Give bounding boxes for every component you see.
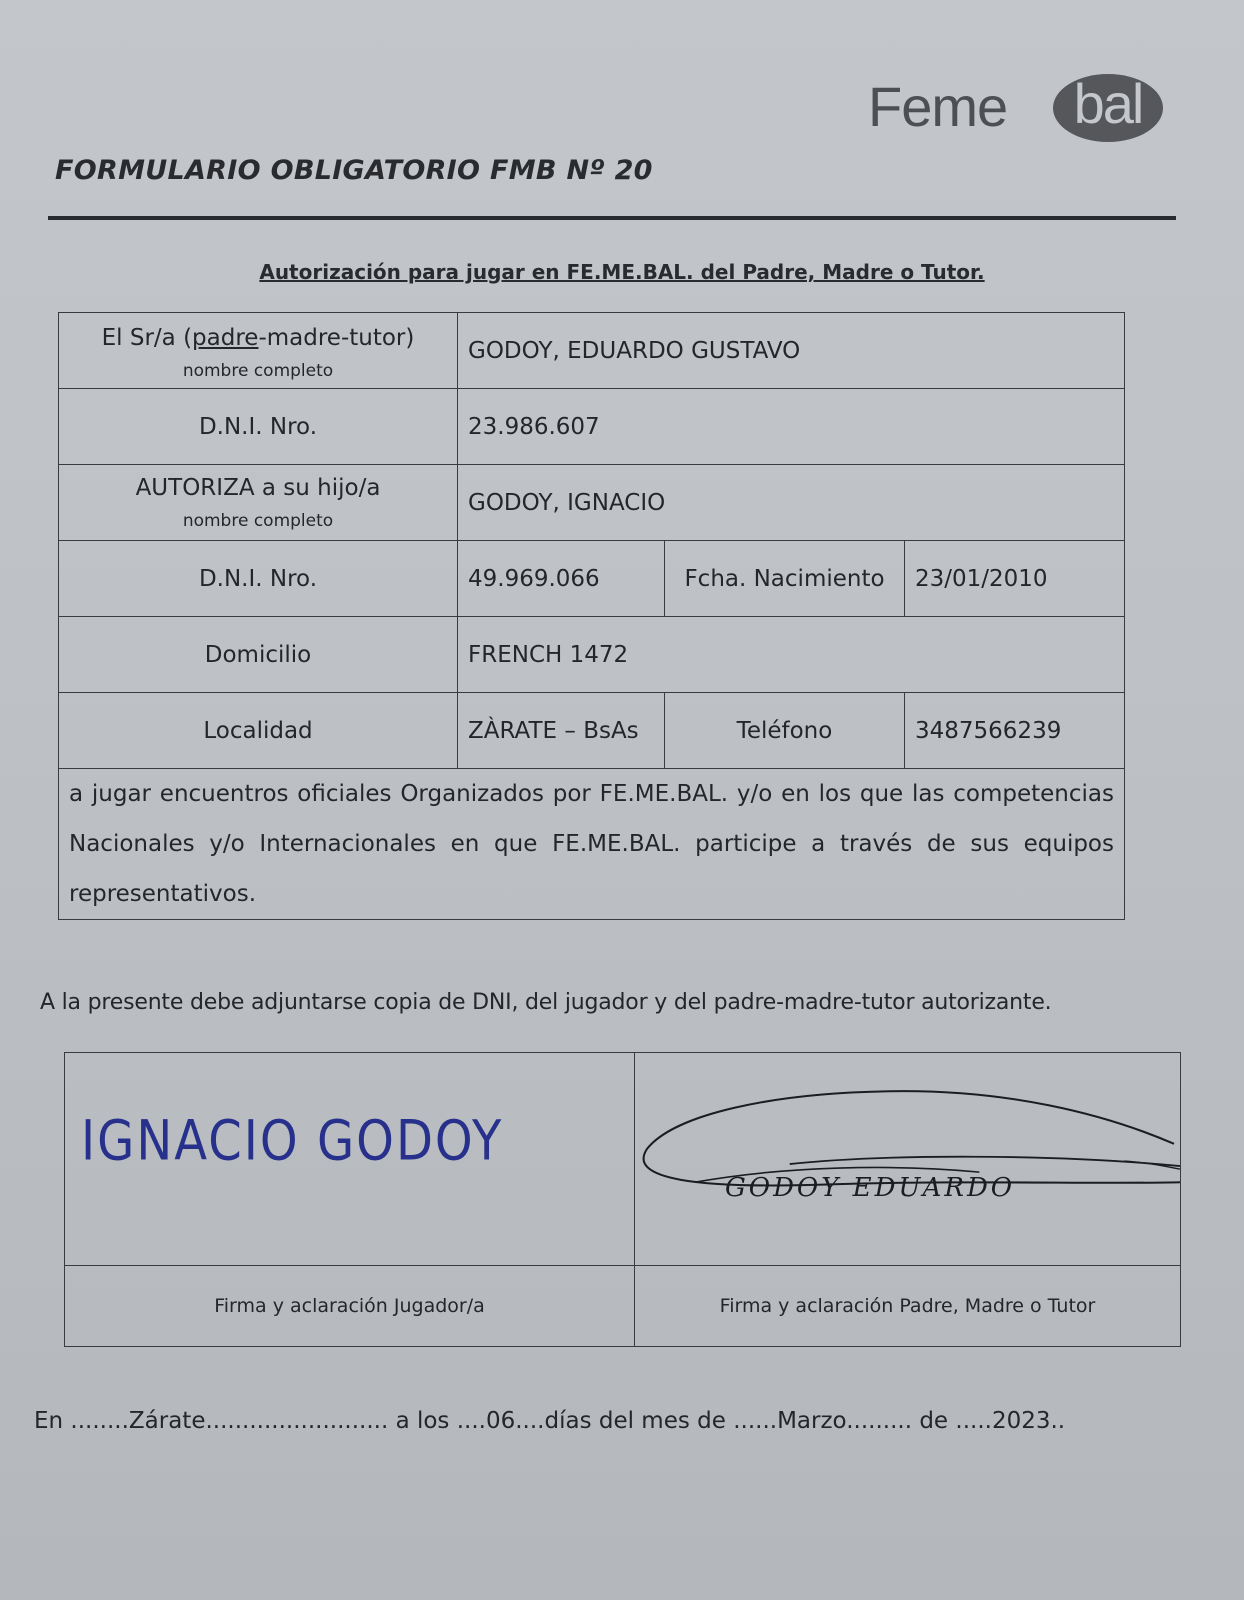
guardian-signature-caption: Firma y aclaración Padre, Madre o Tutor [635, 1266, 1181, 1347]
guardian-name-row: El Sr/a (padre-madre-tutor) nombre compl… [59, 313, 1125, 389]
guardian-dni-field[interactable]: 23.986.607 [458, 389, 1125, 465]
player-handwritten-name: IGNACIO GODOY [81, 1109, 503, 1173]
form-subtitle: Autorización para jugar en FE.ME.BAL. de… [0, 260, 1244, 284]
player-signature-box[interactable]: IGNACIO GODOY [65, 1053, 635, 1266]
authorization-text-row: a jugar encuentros oficiales Organizados… [59, 769, 1125, 920]
logo-pill: bal [1053, 74, 1163, 142]
logo-text: Feme [868, 74, 1007, 139]
guardian-handwritten-name: GODOY EDUARDO [725, 1173, 1015, 1203]
child-dni-label: D.N.I. Nro. [59, 541, 458, 617]
address-row: Domicilio FRENCH 1472 [59, 617, 1125, 693]
attachment-note: A la presente debe adjuntarse copia de D… [40, 990, 1051, 1015]
femebal-logo: Feme bal [868, 70, 1168, 150]
address-field[interactable]: FRENCH 1472 [458, 617, 1125, 693]
authorization-text: a jugar encuentros oficiales Organizados… [59, 769, 1125, 920]
birth-date-field[interactable]: 23/01/2010 [905, 541, 1125, 617]
place-date-line: En ........Zárate.......................… [34, 1408, 1065, 1434]
address-label: Domicilio [59, 617, 458, 693]
phone-label: Teléfono [665, 693, 905, 769]
selected-relationship: padre [192, 325, 258, 351]
guardian-name-sublabel: nombre completo [69, 361, 447, 381]
authorization-table: El Sr/a (padre-madre-tutor) nombre compl… [58, 312, 1125, 920]
locality-field[interactable]: ZÀRATE – BsAs [458, 693, 665, 769]
header-divider [48, 216, 1176, 220]
player-signature-caption: Firma y aclaración Jugador/a [65, 1266, 635, 1347]
locality-row: Localidad ZÀRATE – BsAs Teléfono 3487566… [59, 693, 1125, 769]
child-name-field[interactable]: GODOY, IGNACIO [458, 465, 1125, 541]
child-dni-field[interactable]: 49.969.066 [458, 541, 665, 617]
guardian-dni-row: D.N.I. Nro. 23.986.607 [59, 389, 1125, 465]
guardian-dni-label: D.N.I. Nro. [59, 389, 458, 465]
phone-field[interactable]: 3487566239 [905, 693, 1125, 769]
child-dni-row: D.N.I. Nro. 49.969.066 Fcha. Nacimiento … [59, 541, 1125, 617]
birth-date-label: Fcha. Nacimiento [665, 541, 905, 617]
signature-table: IGNACIO GODOY GODOY EDUARDO Firma y acla… [64, 1052, 1181, 1347]
form-code-title: FORMULARIO OBLIGATORIO FMB Nº 20 [55, 155, 653, 186]
guardian-name-label: El Sr/a (padre-madre-tutor) nombre compl… [59, 313, 458, 389]
child-name-sublabel: nombre completo [69, 511, 447, 531]
guardian-name-field[interactable]: GODOY, EDUARDO GUSTAVO [458, 313, 1125, 389]
child-name-label: AUTORIZA a su hijo/a nombre completo [59, 465, 458, 541]
child-name-row: AUTORIZA a su hijo/a nombre completo GOD… [59, 465, 1125, 541]
guardian-signature-icon [635, 1053, 1180, 1265]
locality-label: Localidad [59, 693, 458, 769]
guardian-signature-box[interactable]: GODOY EDUARDO [635, 1053, 1181, 1266]
